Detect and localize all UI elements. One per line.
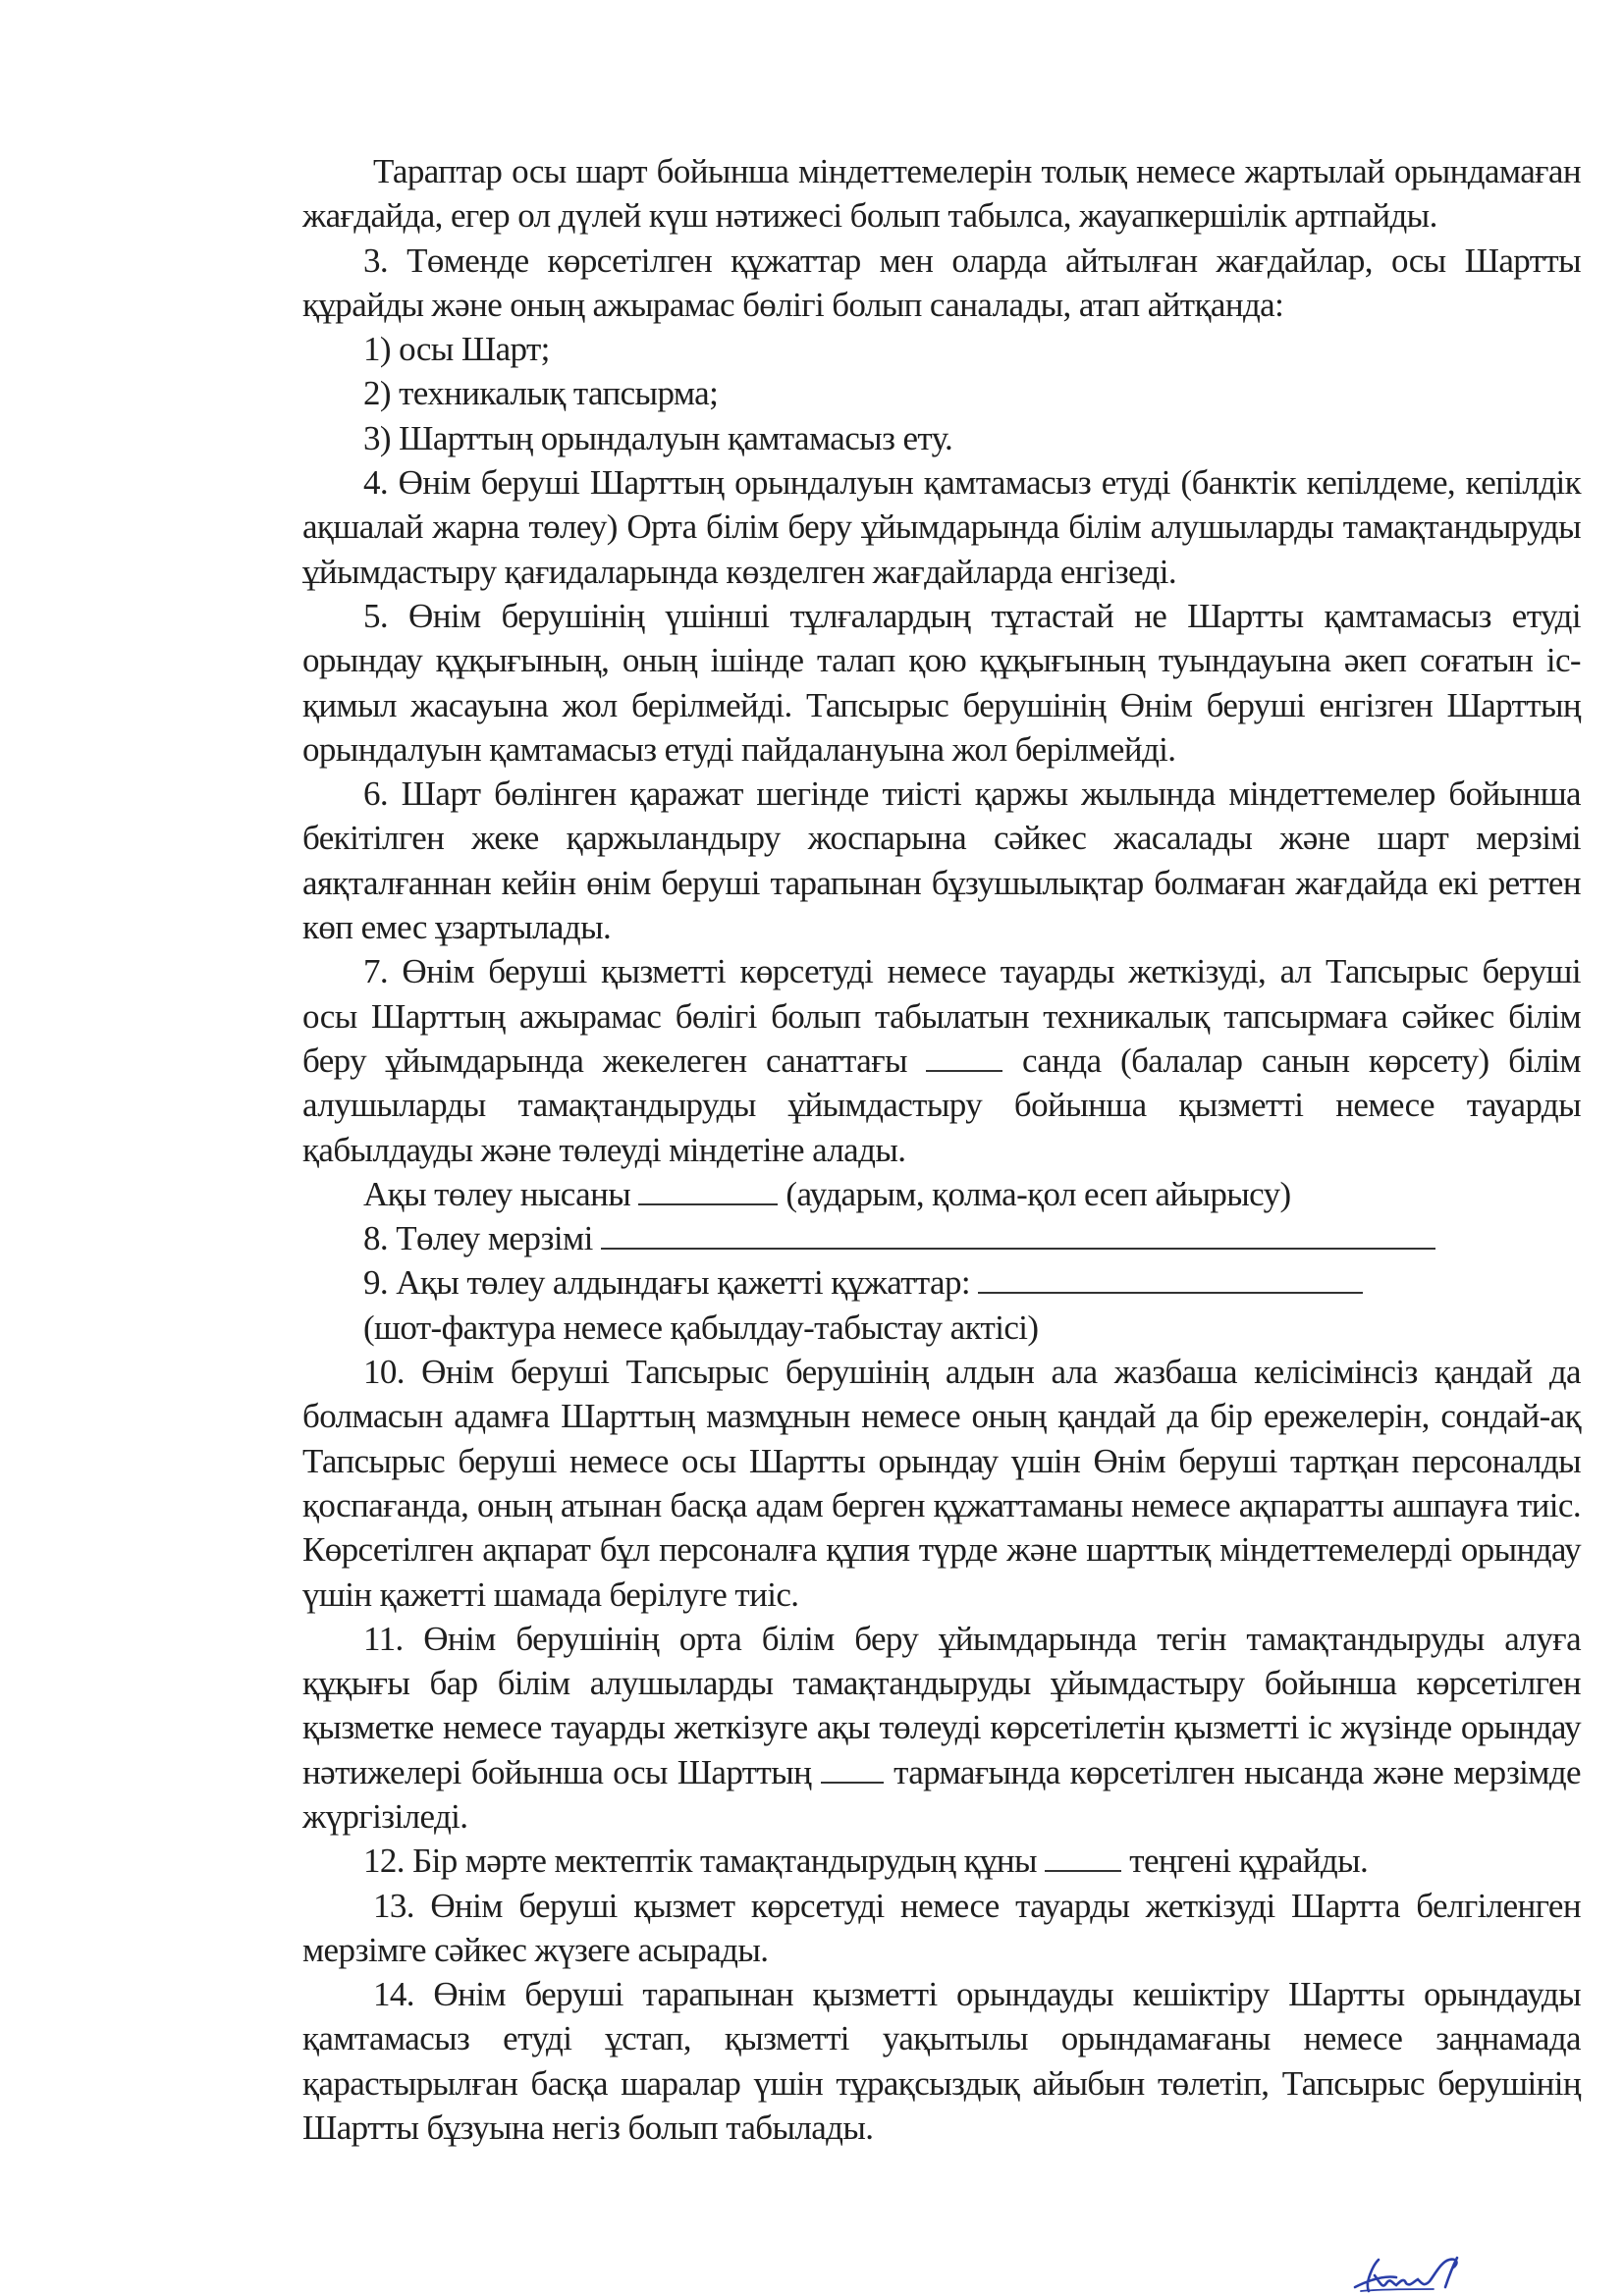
signature-icon xyxy=(1351,2254,1479,2293)
paragraph-3: 3. Төменде көрсетілген құжаттар мен олар… xyxy=(302,239,1581,328)
meal-cost-blank[interactable] xyxy=(1045,1841,1121,1872)
paragraph-4: 4. Өнім беруші Шарттың орындалуын қамтам… xyxy=(302,460,1581,594)
clause-number-blank[interactable] xyxy=(821,1752,884,1784)
paragraph-8: 8. Төлеу мерзімі xyxy=(302,1216,1581,1260)
required-docs-label: 9. Ақы төлеу алдындағы қажетті құжаттар: xyxy=(363,1263,970,1302)
paragraph-7: 7. Өнім беруші қызметті көрсетуді немесе… xyxy=(302,949,1581,1171)
children-count-blank[interactable] xyxy=(926,1041,1002,1072)
payment-term-blank[interactable] xyxy=(601,1218,1435,1250)
paragraph-13: 13. Өнім беруші қызмет көрсетуді немесе … xyxy=(302,1884,1581,1973)
paragraph-10: 10. Өнім беруші Тапсырыс берушінің алдын… xyxy=(302,1350,1581,1617)
required-docs-note: (шот-фактура немесе қабылдау-табыстау ак… xyxy=(302,1306,1581,1350)
paragraph-9: 9. Ақы төлеу алдындағы қажетті құжаттар: xyxy=(302,1260,1581,1305)
contract-page-body: Тараптар осы шарт бойынша міндеттемелері… xyxy=(302,149,1581,2150)
payment-form-blank[interactable] xyxy=(638,1174,778,1205)
paragraph-11: 11. Өнім берушінің орта білім беру ұйымд… xyxy=(302,1617,1581,1839)
required-docs-blank[interactable] xyxy=(978,1262,1363,1294)
paragraph-force-majeure: Тараптар осы шарт бойынша міндеттемелері… xyxy=(302,149,1581,239)
payment-form-hint: (аударым, қолма-қол есеп айырысу) xyxy=(785,1175,1290,1213)
payment-form-label: Ақы төлеу нысаны xyxy=(363,1175,630,1213)
payment-term-label: 8. Төлеу мерзімі xyxy=(363,1219,593,1257)
paragraph-5: 5. Өнім берушінің үшінші тұлғалардың тұт… xyxy=(302,594,1581,772)
meal-cost-label: 12. Бір мәрте мектептік тамақтандырудың … xyxy=(363,1842,1037,1880)
paragraph-6: 6. Шарт бөлінген қаражат шегінде тиісті … xyxy=(302,772,1581,949)
meal-cost-suffix: теңгені құрайды. xyxy=(1129,1842,1368,1880)
list-item-3-1: 1) осы Шарт; xyxy=(302,327,1581,371)
paragraph-14: 14. Өнім беруші тарапынан қызметті орынд… xyxy=(302,1972,1581,2150)
paragraph-12: 12. Бір мәрте мектептік тамақтандырудың … xyxy=(302,1839,1581,1883)
list-item-3-3: 3) Шарттың орындалуын қамтамасыз ету. xyxy=(302,416,1581,460)
payment-form-line: Ақы төлеу нысаны (аударым, қолма-қол есе… xyxy=(302,1172,1581,1216)
list-item-3-2: 2) техникалық тапсырма; xyxy=(302,371,1581,415)
